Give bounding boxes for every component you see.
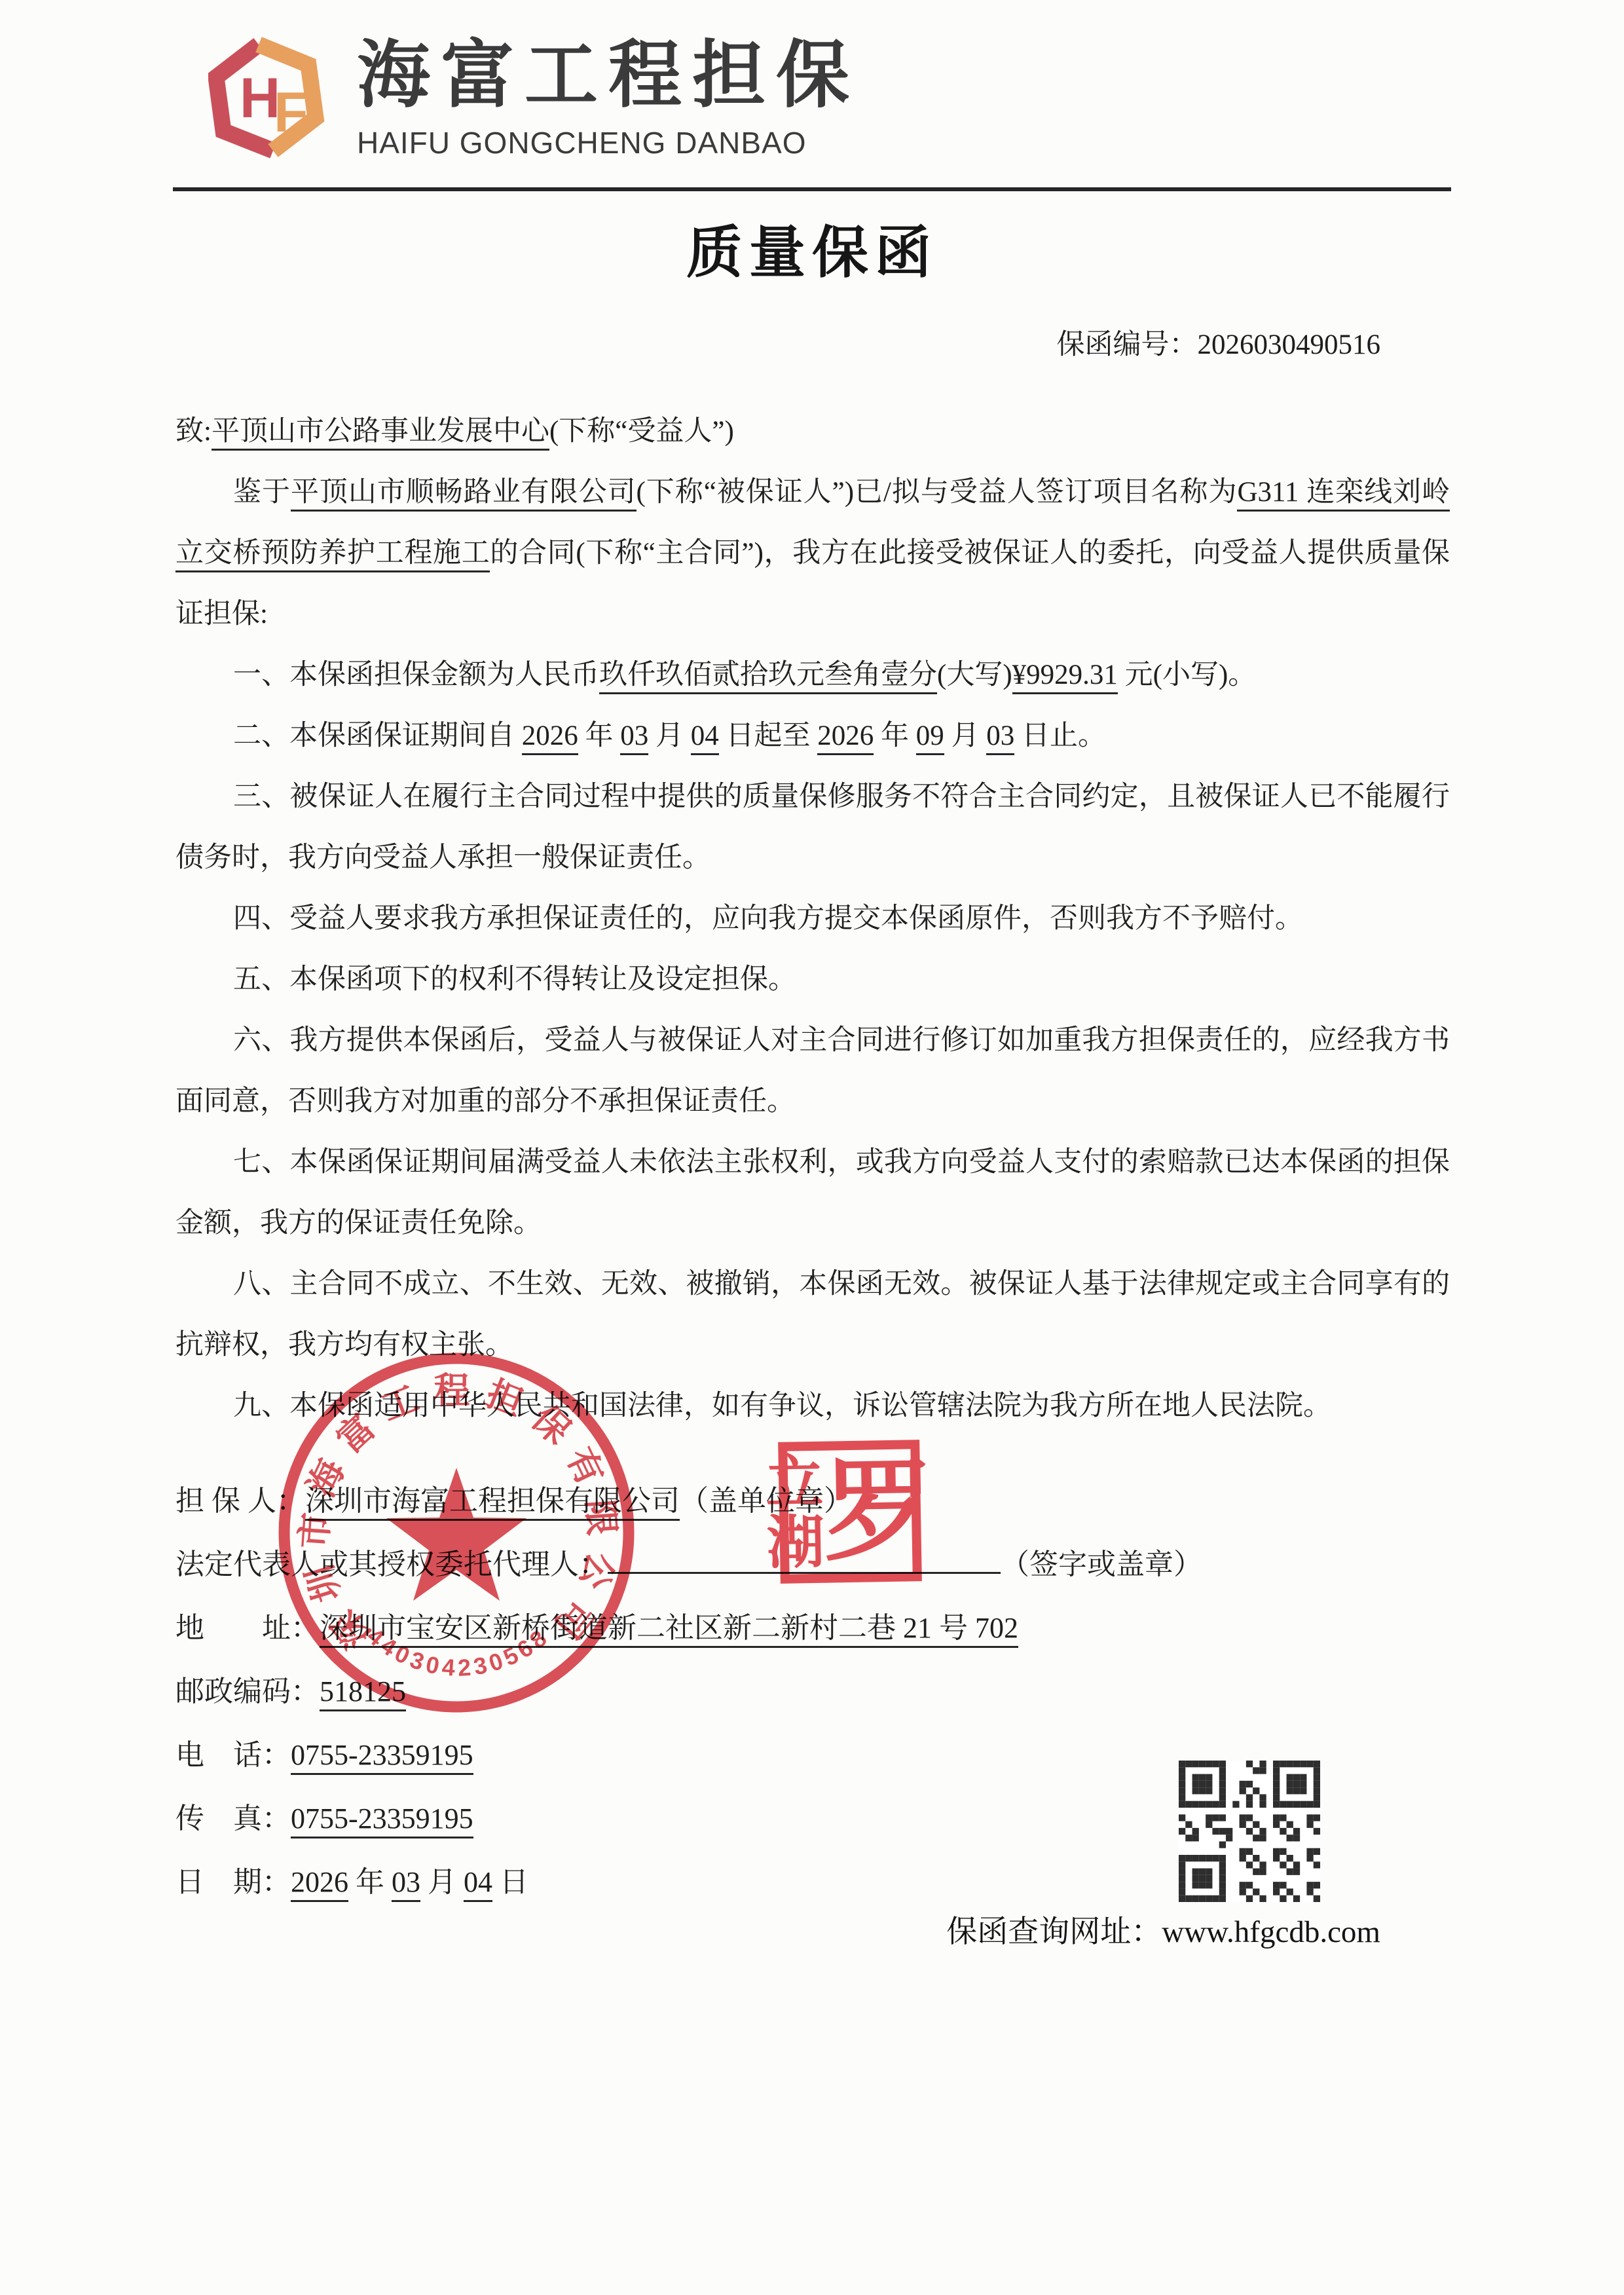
guaranteed-party-name: 平顶山市顺畅路业有限公司	[291, 477, 637, 512]
clause-2-text: 二、本保函保证期间自	[233, 720, 522, 751]
addressee-prefix: 致:	[175, 416, 212, 447]
clause-3: 三、被保证人在履行主合同过程中提供的质量保修服务不符合主合同约定，且被保证人已不…	[175, 766, 1450, 888]
end-month: 09	[916, 720, 944, 755]
end-day: 03	[986, 720, 1014, 755]
amount-words: 玖仟玖佰贰拾玖元叁角壹分	[599, 660, 937, 694]
clause-1-end: 元(小写)。	[1118, 660, 1256, 690]
clause-2-end: 日止。	[1014, 720, 1106, 751]
company-round-seal: 深圳市海富工程担保有限公司 440304230568	[265, 1341, 648, 1725]
whereas-mid: (下称“被保证人”)已/拟与受益人签订项目名称为	[637, 477, 1238, 508]
addressee-suffix: (下称“受益人”)	[549, 416, 734, 447]
seal-char-li: 立	[765, 1453, 824, 1513]
phone-value: 0755-23359195	[291, 1739, 473, 1775]
phone-label: 电 话：	[175, 1739, 291, 1771]
addressee-line: 致:平顶山市公路事业发展中心(下称“受益人”)	[175, 401, 1450, 462]
date-day-label: 日	[492, 1866, 528, 1898]
star-icon	[386, 1468, 526, 1601]
fax-label: 传 真：	[175, 1802, 291, 1835]
document-page: H F 海富工程担保 HAIFU GONGCHENG DANBAO 质量保函 保…	[0, 0, 1624, 2295]
letterhead: 海富工程担保 HAIFU GONGCHENG DANBAO	[357, 33, 860, 162]
year-label-2: 年	[874, 720, 916, 751]
clause-7: 七、本保函保证期间届满受益人未依法主张权利，或我方向受益人支付的索赔款已达本保函…	[175, 1132, 1450, 1254]
qr-code-icon	[1179, 1761, 1320, 1902]
seal-code-text: 440304230568	[362, 1622, 555, 1681]
seal-char-hu: 湖	[766, 1513, 825, 1573]
header-divider	[173, 187, 1451, 191]
company-name-cn: 海富工程担保	[357, 33, 860, 118]
name-seal: 立 湖 罗	[778, 1440, 922, 1584]
start-day: 04	[691, 720, 719, 755]
logo-letter-f: F	[274, 81, 308, 144]
clause-5: 五、本保函项下的权利不得转让及设定担保。	[175, 949, 1450, 1010]
until-label: 日起至	[719, 720, 818, 751]
company-name-en: HAIFU GONGCHENG DANBAO	[357, 123, 860, 162]
date-year: 2026	[291, 1866, 348, 1902]
clause-4: 四、受益人要求我方承担保证责任的，应向我方提交本保函原件，否则我方不予赔付。	[175, 888, 1450, 949]
start-year: 2026	[522, 720, 578, 755]
date-month-label: 月	[420, 1866, 464, 1898]
date-day: 04	[464, 1866, 492, 1902]
fax-value: 0755-23359195	[291, 1802, 473, 1838]
date-month: 03	[392, 1866, 420, 1902]
guarantee-ref-number: 保函编号：2026030490516	[1057, 322, 1381, 362]
end-year: 2026	[817, 720, 874, 755]
name-seal-right-column: 罗	[822, 1451, 934, 1571]
clause-2: 二、本保函保证期间自 2026 年 03 月 04 日起至 2026 年 09 …	[175, 705, 1450, 766]
clause-1-text: 一、本保函担保金额为人民币	[233, 660, 599, 690]
clause-1-mid: (大写)	[937, 660, 1012, 690]
page-title: 质量保函	[0, 207, 1624, 288]
month-label: 月	[648, 720, 691, 751]
seal-char-luo: 罗	[822, 1449, 934, 1574]
year-label: 年	[578, 720, 621, 751]
query-url-line: 保函查询网址：www.hfgcdb.com	[946, 1907, 1380, 1951]
legal-rep-suffix: （签字或盖章）	[1001, 1548, 1202, 1580]
qr-code	[1179, 1761, 1320, 1902]
whereas-prefix: 鉴于	[233, 477, 291, 508]
clause-1: 一、本保函担保金额为人民币玖仟玖佰贰拾玖元叁角壹分(大写)¥9929.31 元(…	[175, 644, 1450, 705]
letter-body: 致:平顶山市公路事业发展中心(下称“受益人”) 鉴于平顶山市顺畅路业有限公司(下…	[175, 401, 1450, 1436]
month-label-2: 月	[944, 720, 987, 751]
amount-figures: ¥9929.31	[1012, 660, 1118, 694]
start-month: 03	[620, 720, 648, 755]
name-seal-left-column: 立 湖	[765, 1453, 824, 1573]
clause-6: 六、我方提供本保函后，受益人与被保证人对主合同进行修订如加重我方担保责任的，应经…	[175, 1010, 1450, 1132]
date-year-label: 年	[348, 1866, 392, 1898]
beneficiary-name: 平顶山市公路事业发展中心	[212, 416, 549, 451]
date-label: 日 期：	[175, 1866, 291, 1898]
company-logo: H F	[208, 31, 326, 164]
whereas-paragraph: 鉴于平顶山市顺畅路业有限公司(下称“被保证人”)已/拟与受益人签订项目名称为G3…	[175, 462, 1450, 644]
